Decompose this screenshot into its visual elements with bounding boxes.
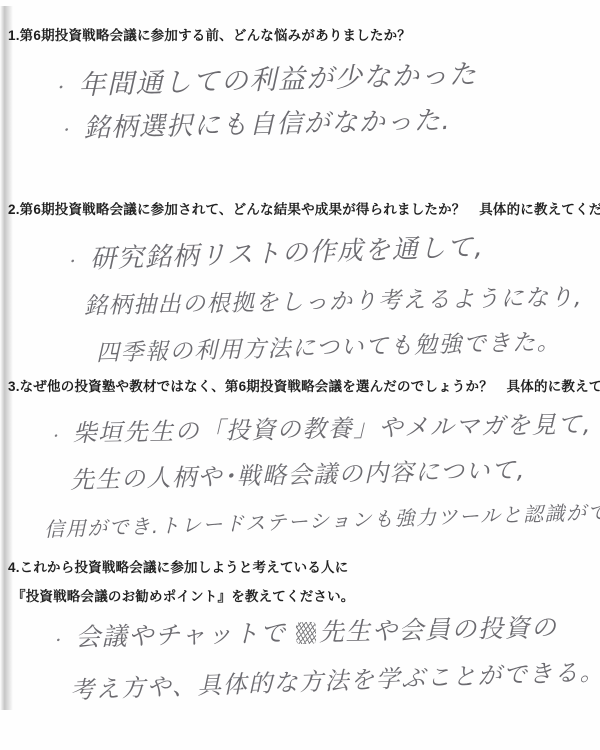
bullet-mark: ・: [64, 251, 80, 271]
answer-2-line-3: 四季報の利用方法についても勉強できた。: [96, 323, 562, 367]
answer-1-line-2: ・銘柄選択にも自信がなかった.: [58, 100, 452, 145]
answer-1-line-1: ・年間通しての利益が少なかった: [52, 52, 478, 103]
question-4-label-line-1: 4.これから投資戦略会議に参加しようと考えている人に: [8, 556, 348, 576]
answer-3-line-2: 先生の人柄や･戦略会議の内容について,: [70, 450, 526, 495]
answer-1-line-1-text: 年間通しての利益が少なかった: [78, 59, 478, 101]
answer-2-line-2: 銘柄抽出の根拠をしっかり考えるようになり,: [84, 279, 583, 321]
question-1-label: 1.第6期投資戦略会議に参加する前、どんな悩みがありましたか？: [8, 24, 411, 44]
bullet-mark: ・: [58, 119, 74, 139]
answer-2-line-1: ・研究銘柄リストの作成を通して,: [64, 226, 485, 276]
question-4-label-line-2: 『投資戦略会議のお勧めポイント』を教えてください。: [12, 585, 355, 605]
answer-4-line-2-text: 考え方や、具体的な方法を学ぶことができる。: [70, 658, 600, 705]
answer-4-line-2: 考え方や、具体的な方法を学ぶことができる。: [70, 652, 600, 706]
answer-3-line-3: 信用ができ.トレードステーションも強力ツールと認識ができたから。: [44, 492, 600, 542]
question-2-label: 2.第6期投資戦略会議に参加されて、どんな結果や成果が得られましたか？ 具体的に…: [8, 198, 600, 218]
bullet-mark: ・: [52, 76, 69, 97]
bullet-mark: ・: [50, 629, 66, 649]
answer-3-line-1: ・柴垣先生の「投資の教養」やメルマガを見て,: [48, 404, 592, 448]
answer-2-line-1-text: 研究銘柄リストの作成を通して,: [89, 232, 484, 274]
answer-4-line-1: ・会議やチャットで 先生や会員の投資の: [50, 608, 558, 655]
answer-3-line-2-text: 先生の人柄や･戦略会議の内容について,: [70, 456, 526, 494]
answer-3-line-3-text: 信用ができ.トレードステーションも強力ツールと認識ができたから。: [44, 496, 600, 541]
question-3-label: 3.なぜ他の投資塾や教材ではなく、第6期投資戦略会議を選んだのでしょうか？ 具体…: [8, 375, 600, 395]
answer-4-line-1-prefix: 会議やチャットで: [75, 618, 296, 652]
bullet-mark: ・: [48, 425, 63, 444]
crossed-out-scribble: [296, 622, 316, 644]
answer-4-line-1-text: 先生や会員の投資の: [319, 613, 558, 647]
answer-2-line-2-text: 銘柄抽出の根拠をしっかり考えるようになり,: [84, 285, 583, 320]
answer-3-line-1-text: 柴垣先生の「投資の教養」やメルマガを見て,: [73, 410, 593, 447]
answer-2-line-3-text: 四季報の利用方法についても勉強できた。: [96, 329, 562, 366]
scanned-survey-page: 1.第6期投資戦略会議に参加する前、どんな悩みがありましたか？ ・年間通しての利…: [0, 0, 600, 750]
answer-1-line-2-text: 銘柄選択にも自信がなかった.: [84, 106, 452, 144]
